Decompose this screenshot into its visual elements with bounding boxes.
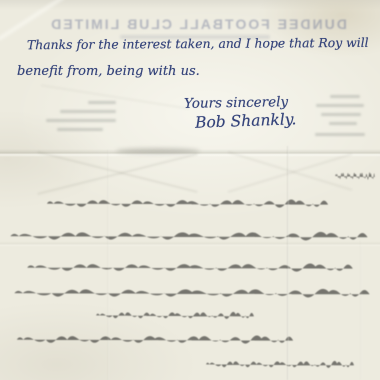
fold-crease-diagonal (37, 153, 198, 195)
handwriting-line-2: benefit from, being with us. (17, 64, 200, 79)
showthrough-handwriting-line (205, 357, 355, 370)
showthrough-address-left (88, 101, 116, 104)
fold-crease-horizontal (0, 149, 380, 157)
showthrough-address-right (321, 113, 361, 116)
showthrough-handwriting-line (12, 284, 372, 300)
fold-crease-smudge (116, 148, 200, 154)
showthrough-handwriting-line (25, 259, 355, 274)
showthrough-address-left (57, 128, 103, 131)
showthrough-handwriting-line (45, 195, 330, 210)
showthrough-handwriting-line (335, 168, 375, 182)
fold-crease-diagonal (37, 151, 198, 193)
mirrored-letterhead-text: DUNDEE FOOTBALL CLUB LIMITED (48, 16, 348, 32)
handwriting-signoff: Yours sincerely (184, 94, 288, 112)
fold-crease-vertical-faint (360, 240, 362, 380)
handwriting-line-1: Thanks for the interest taken, and I hop… (27, 35, 369, 52)
showthrough-address-right (330, 95, 360, 98)
fold-crease-diagonal (228, 151, 353, 191)
scanned-letter-photo: { "letter": { "letterhead_showthrough": … (0, 0, 380, 380)
fold-crease-diagonal (41, 84, 189, 109)
showthrough-address-left (60, 110, 116, 113)
showthrough-address-right (329, 122, 357, 125)
handwriting-signature: Bob Shankly. (195, 110, 297, 132)
letter-paper: DUNDEE FOOTBALL CLUB LIMITED Thanks for … (0, 0, 380, 380)
showthrough-handwriting-line (95, 308, 255, 321)
showthrough-address-right (315, 133, 365, 136)
showthrough-handwriting-line (15, 331, 295, 346)
showthrough-address-left (46, 119, 116, 122)
showthrough-handwriting-line (8, 227, 370, 243)
showthrough-address-right (316, 104, 364, 107)
fold-crease-diagonal (228, 153, 353, 193)
